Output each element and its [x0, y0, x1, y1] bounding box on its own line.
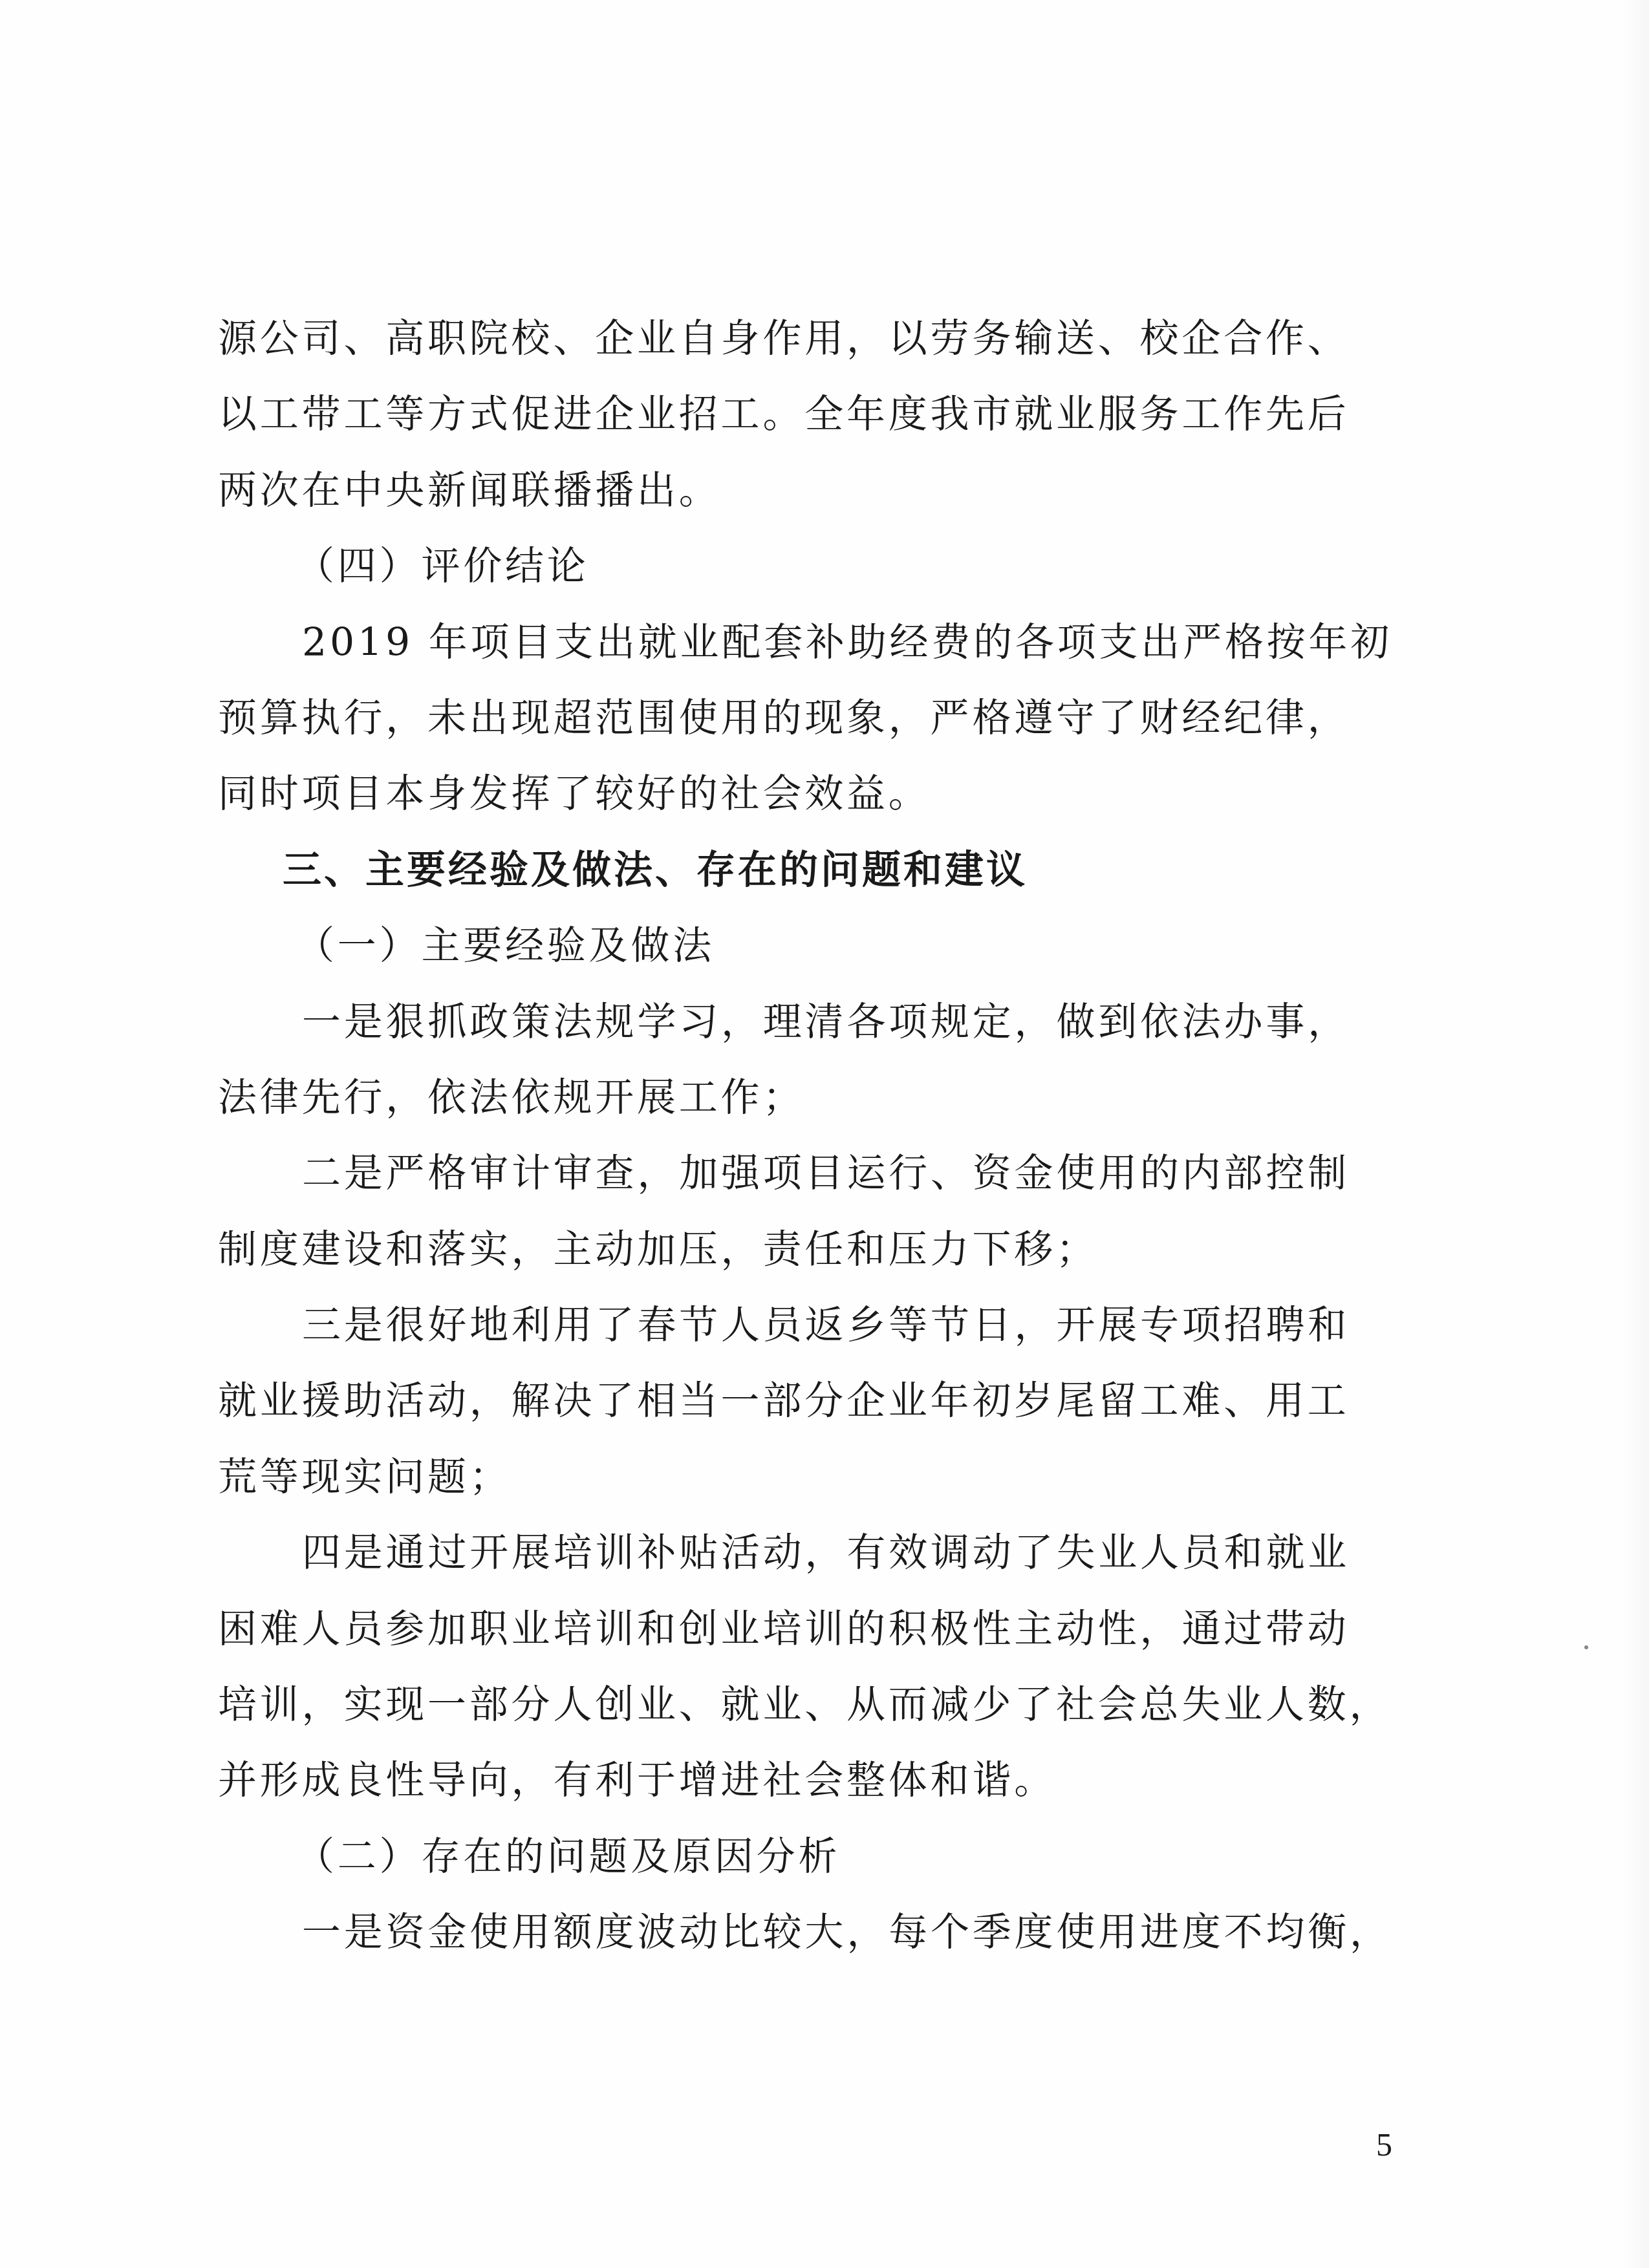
paragraph-line: 就业援助活动，解决了相当一部分企业年初岁尾留工难、用工 — [218, 1364, 1401, 1439]
paragraph-line: 二是严格审计审查，加强项目运行、资金使用的内部控制 — [218, 1136, 1401, 1212]
paragraph-line: 荒等现实问题； — [218, 1440, 1401, 1515]
subheading-evaluation-conclusion: （四）评价结论 — [218, 529, 1401, 604]
paragraph-line: 同时项目本身发挥了较好的社会效益。 — [218, 756, 1401, 832]
page-number: 5 — [1376, 2126, 1392, 2163]
paragraph-line: 2019 年项目支出就业配套补助经费的各项支出严格按年初 — [218, 605, 1401, 681]
paragraph-line: 法律先行，依法依规开展工作； — [218, 1060, 1401, 1136]
document-body: 源公司、高职院校、企业自身作用，以劳务输送、校企合作、 以工带工等方式促进企业招… — [218, 301, 1401, 1971]
paragraph-line: 一是狠抓政策法规学习，理清各项规定，做到依法办事， — [218, 985, 1401, 1060]
paragraph-line: 制度建设和落实，主动加压，责任和压力下移； — [218, 1212, 1401, 1288]
paragraph-line: 一是资金使用额度波动比较大，每个季度使用进度不均衡， — [218, 1895, 1401, 1971]
scan-edge — [1623, 0, 1649, 2268]
paragraph-line: 四是通过开展培训补贴活动，有效调动了失业人员和就业 — [218, 1515, 1401, 1591]
paragraph-line: 困难人员参加职业培训和创业培训的积极性主动性，通过带动 — [218, 1592, 1401, 1667]
scan-speck — [1584, 1645, 1588, 1649]
paragraph-line: 并形成良性导向，有利于增进社会整体和谐。 — [218, 1743, 1401, 1819]
section-heading: 三、主要经验及做法、存在的问题和建议 — [218, 833, 1401, 908]
paragraph-line: 两次在中央新闻联播播出。 — [218, 453, 1401, 529]
subheading-main-experience: （一）主要经验及做法 — [218, 908, 1401, 984]
paragraph-line: 三是很好地利用了春节人员返乡等节日，开展专项招聘和 — [218, 1288, 1401, 1364]
subheading-problems-analysis: （二）存在的问题及原因分析 — [218, 1819, 1401, 1895]
paragraph-line: 以工带工等方式促进企业招工。全年度我市就业服务工作先后 — [218, 377, 1401, 453]
paragraph-line: 源公司、高职院校、企业自身作用，以劳务输送、校企合作、 — [218, 301, 1401, 377]
paragraph-line: 预算执行，未出现超范围使用的现象，严格遵守了财经纪律， — [218, 681, 1401, 756]
document-page: 源公司、高职院校、企业自身作用，以劳务输送、校企合作、 以工带工等方式促进企业招… — [0, 0, 1649, 2268]
paragraph-line: 培训，实现一部分人创业、就业、从而减少了社会总失业人数， — [218, 1667, 1401, 1743]
